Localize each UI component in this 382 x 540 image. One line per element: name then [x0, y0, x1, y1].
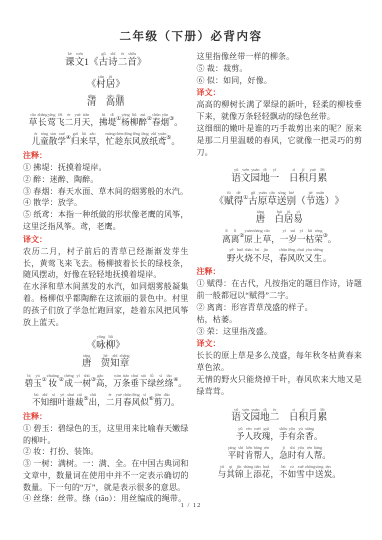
char: 月	[73, 117, 82, 128]
ruby-char: èr二	[65, 112, 74, 129]
char: 平	[228, 450, 237, 461]
ruby-char: cūn村	[96, 74, 106, 91]
ruby-char: cǎo草	[29, 112, 38, 129]
char: 二	[106, 397, 115, 408]
ruby-char: wén文	[241, 167, 251, 184]
char: 春	[123, 397, 132, 408]
char: 。	[322, 450, 331, 461]
ruby-char: 。	[171, 392, 180, 409]
ruby-char: yuè月	[114, 392, 123, 409]
ruby-char: ，	[104, 373, 113, 390]
char: 春	[279, 253, 288, 264]
ruby-char: bāng帮	[253, 445, 262, 462]
char: 不	[279, 469, 288, 480]
char: 》	[334, 196, 344, 207]
char: 语	[231, 173, 241, 184]
char: 二	[65, 117, 74, 128]
ruby-char: zhōng中	[305, 464, 315, 481]
char: 妆	[48, 378, 57, 389]
ruby-char: xià下	[139, 373, 148, 390]
ruby-char: yě野	[227, 247, 236, 264]
char: ）	[325, 196, 335, 207]
char: 瑰	[262, 431, 271, 442]
ruby-char: jū居	[106, 74, 116, 91]
char	[265, 215, 274, 226]
char: ，	[271, 450, 280, 461]
doc-text: 高高的柳树长满了翠绿的新叶，轻柔的柳枝垂下来，就像万条轻轻飘动的绿色丝带。	[197, 99, 363, 123]
ruby-char: cái裁	[75, 392, 84, 409]
char: 散	[49, 136, 58, 147]
ruby-char: shàng上	[253, 228, 263, 245]
char: ，	[90, 117, 99, 128]
char: 古	[248, 196, 258, 207]
char: 一	[280, 234, 289, 245]
char: 飞	[56, 117, 65, 128]
ruby-char: zhī知	[110, 353, 119, 370]
ruby-char: sì似	[140, 392, 149, 409]
char: 送	[315, 469, 324, 480]
char: 玫	[253, 431, 262, 442]
doc-text: ⑤ 纸鸢：本指一种纸做的形状像老鹰的风筝，这里泛指风筝。鸢，老鹰。	[23, 209, 189, 233]
ruby-char: ，	[271, 228, 280, 245]
char: 帮	[314, 450, 323, 461]
char: 清	[87, 98, 96, 109]
ruby-char: yí一	[280, 228, 289, 245]
ruby-char: yǒu有	[296, 445, 305, 462]
char: 文	[75, 57, 85, 68]
ruby-char: yì易	[293, 209, 302, 226]
char: 。	[314, 431, 323, 442]
poem-line: cǎo草zhǎng长yīng莺fēi飞èr二yuè月tiān天 ，fú拂dī堤①…	[23, 112, 189, 129]
ruby-char: zǎo早	[88, 131, 97, 148]
ruby-char: guī归	[71, 131, 80, 148]
char: 荣	[314, 234, 323, 245]
char: 鼎	[115, 98, 124, 109]
ruby-char: 《	[87, 74, 97, 91]
ruby-char: 。	[314, 426, 323, 443]
poem-title: 《yǒng咏liǔ柳 》	[23, 334, 189, 351]
ruby-char: méi玫	[253, 426, 262, 443]
ruby-char: 《	[214, 190, 224, 207]
unit-heading: yǔ语wén文yuán园dì地yī一 rì日jī积yuè月lěi累	[197, 167, 363, 184]
char: 文	[241, 412, 251, 423]
ruby-char: èr二	[270, 407, 280, 424]
ruby-char	[96, 93, 105, 110]
ruby-char: dì地	[260, 167, 270, 184]
ruby-char: lěi累	[318, 167, 328, 184]
char: 帮	[253, 450, 262, 461]
ruby-char: jí急	[279, 445, 288, 462]
ruby-char: yuān鸢	[158, 131, 167, 148]
char: 中	[306, 469, 315, 480]
ruby-char: shǒu手	[279, 426, 288, 443]
ruby-char: rén人	[245, 426, 254, 443]
char: 唐	[82, 359, 91, 370]
char: 出	[89, 397, 98, 408]
ruby-char: bù不	[32, 392, 41, 409]
ruby-char: shuí谁	[66, 392, 75, 409]
ruby-char: yuè月	[308, 407, 318, 424]
char: 条	[122, 378, 131, 389]
char: 园	[250, 173, 260, 184]
ruby-char: kěn肯	[245, 445, 254, 462]
char: 添	[253, 469, 262, 480]
char: ，	[270, 469, 279, 480]
ruby-char: xuǎn选	[315, 190, 325, 207]
ruby-char: shí时	[236, 445, 245, 462]
ruby-char: xì细	[49, 392, 58, 409]
ruby-char: lǜ绿	[148, 373, 157, 390]
char: 风	[132, 136, 141, 147]
char: 柳	[106, 340, 116, 351]
ruby-char: ）	[325, 190, 335, 207]
poem-author: qīng清 gāo高dǐng鼎	[23, 93, 189, 110]
ruby-char: jī积	[298, 167, 308, 184]
char: 雪	[296, 469, 305, 480]
ruby-char: yīng莺	[47, 112, 56, 129]
ruby-char: tóng童	[40, 131, 49, 148]
ruby-char: liǔ柳	[130, 112, 139, 129]
char: 与	[218, 469, 227, 480]
ruby-char: jìn尽	[261, 247, 270, 264]
char: 上	[244, 469, 253, 480]
ruby-char: gāo高	[106, 93, 115, 110]
char: 锦	[235, 469, 244, 480]
ruby-char: huā花	[262, 464, 271, 481]
char: ，	[271, 234, 280, 245]
proverb-line: yǔ予rén人méi玫guī瑰 ，shǒu手yǒu有yú余xiāng香 。	[197, 426, 363, 443]
char: 》	[115, 340, 125, 351]
ruby-char: chéng成	[64, 373, 74, 390]
doc-text: ② 醉：迷醉、陶醉。	[23, 174, 189, 186]
poem-author: táng唐 bái白jū居yì易	[197, 209, 363, 226]
ruby-char: guī瑰	[262, 426, 271, 443]
poem-line: bù不zhī知xì细yè叶shuí谁cái裁⑤chū出 ，èr二yuè月chūn…	[23, 392, 189, 409]
ruby-char: yuè月	[73, 112, 82, 129]
ruby-char: shí时	[288, 445, 297, 462]
char: 时	[288, 450, 297, 461]
char: 如	[288, 469, 297, 480]
char: 鸢	[158, 136, 167, 147]
char: 树	[82, 378, 91, 389]
char: 有	[296, 450, 305, 461]
char: 积	[298, 173, 308, 184]
ruby-char: suì岁	[288, 228, 297, 245]
char: ，	[270, 253, 279, 264]
char: 炭	[324, 469, 333, 480]
unit-heading: yǔ语wén文yuán园dì地èr二 rì日jī积yuè月lěi累	[197, 407, 363, 424]
char: 碧	[25, 378, 34, 389]
ruby-char: ér儿	[32, 131, 41, 148]
char: 归	[71, 136, 80, 147]
char: 刀	[162, 397, 171, 408]
ruby-char: zuì醉	[138, 112, 147, 129]
ruby-char: yáng杨	[121, 112, 130, 129]
ruby-char: kè课	[65, 51, 75, 68]
doc-text: 这里指像丝带一样的柳条。	[197, 51, 363, 63]
ruby-char: gāo高	[96, 373, 105, 390]
document-page: 二年级（下册）必背内容 kè课wén文 1 《gǔ古shī诗èr二shǒu首 》…	[0, 0, 382, 540]
ruby-char: yì一	[297, 228, 306, 245]
ruby-char: 。	[322, 445, 331, 462]
char: 月	[308, 412, 318, 423]
char: 《	[214, 196, 224, 207]
ruby-char: liǔ柳	[106, 334, 116, 351]
ruby-char: ，	[270, 464, 279, 481]
char: 一	[74, 378, 83, 389]
ruby-char: róng荣	[314, 228, 323, 245]
char: 童	[40, 136, 49, 147]
ruby-char: 》	[115, 74, 125, 91]
char: 。	[171, 136, 180, 147]
char: 学	[57, 136, 66, 147]
ruby-char: ，	[271, 445, 280, 462]
ruby-char	[279, 167, 289, 184]
char: 时	[236, 450, 245, 461]
char: 课	[65, 57, 75, 68]
ruby-char: chūn春	[123, 392, 132, 409]
ruby-char: jū居	[284, 209, 293, 226]
char: 趁	[115, 136, 124, 147]
char: 长	[38, 117, 47, 128]
char: 。	[171, 397, 180, 408]
char: 知	[41, 397, 50, 408]
ruby-char: dōng东	[123, 131, 132, 148]
doc-text: ① 赋得：在古代，凡按指定的题目作诗，诗题前一般都冠以“赋得”二字。	[197, 278, 363, 302]
ruby-char: bái白	[275, 209, 284, 226]
ruby-char: yǔ语	[231, 407, 241, 424]
doc-text: ① 拂堤：抚摸着堤岸。	[23, 162, 189, 174]
poem-line: lí离lí离②yuán原shàng上cǎo草 ，yí一suì岁yì一kū枯rón…	[197, 228, 363, 245]
ruby-char: gǔ古	[99, 51, 109, 68]
ruby-char	[91, 353, 100, 370]
ruby-char: bù不	[279, 464, 288, 481]
ruby-char: shàng上	[243, 464, 253, 481]
ruby-char: qīng清	[87, 93, 96, 110]
ruby-char: zhǎng长	[37, 112, 47, 129]
char: 草	[29, 117, 38, 128]
ruby-char: ，	[90, 112, 99, 129]
ruby-char: tiáo条	[122, 373, 131, 390]
section-label: 注释：	[23, 150, 189, 162]
char: 原	[244, 234, 253, 245]
char: 易	[293, 215, 302, 226]
ruby-char: 《	[89, 51, 99, 68]
char: 叶	[58, 397, 67, 408]
char: 地	[260, 173, 270, 184]
ruby-char: lí离	[222, 228, 231, 245]
doc-text: 枯，枯萎。	[197, 314, 363, 326]
char: 白	[275, 215, 284, 226]
char: 忙	[106, 136, 115, 147]
ruby-char: xué学	[57, 131, 66, 148]
doc-text: ③ 一树：满树。一：满、全。在中国古典词和文章中，数量词在使用中并不一定表示确切…	[23, 458, 189, 493]
char: ，	[104, 378, 113, 389]
char: 莺	[47, 117, 56, 128]
ruby-char: rén人	[262, 445, 271, 462]
char: 文	[241, 173, 251, 184]
char: 居	[106, 79, 116, 90]
ruby-char: dì地	[260, 407, 270, 424]
ruby-char: yuán原	[258, 190, 268, 207]
ruby-char: sī丝	[156, 373, 165, 390]
lesson-heading: kè课wén文 1 《gǔ古shī诗èr二shǒu首 》	[23, 51, 189, 68]
char: 累	[318, 173, 328, 184]
doc-text: ② 妆：打扮、装饰。	[23, 446, 189, 458]
doc-text: 长长的原上草是多么茂盛，每年秋冬枯黄春来草色浓。	[197, 350, 363, 374]
ruby-char: yuán园	[250, 407, 260, 424]
ruby-char: yuán原	[244, 228, 253, 245]
poem-title: 《fù赋dé得①gǔ古yuán原cǎo草sòng送bié别 （jié节xuǎn选…	[197, 190, 363, 207]
char: 一	[270, 173, 280, 184]
char: 杨	[121, 117, 130, 128]
char: 章	[120, 359, 129, 370]
char: 日	[289, 412, 299, 423]
char: 烟	[161, 117, 170, 128]
char: 居	[284, 215, 293, 226]
char: 离	[222, 234, 231, 245]
char: 天	[82, 117, 91, 128]
doc-text: 这细细的嫩叶是谁的巧手裁剪出来的呢？原来是那二月里温暖的春风，它就像一把灵巧的剪…	[197, 123, 363, 158]
ruby-char: tāo绦	[165, 373, 174, 390]
ruby-char: 。	[328, 228, 337, 245]
doc-text: ⑥ 似：如同，好像。	[197, 75, 363, 87]
ruby-char: jī积	[298, 407, 308, 424]
ruby-char: fēi飞	[56, 112, 65, 129]
char: 放	[141, 136, 150, 147]
char: 肯	[245, 450, 254, 461]
char: 地	[260, 412, 270, 423]
char: 古	[99, 57, 109, 68]
ruby-char: shēng生	[313, 247, 323, 264]
char: 诗	[108, 57, 118, 68]
ruby-char: máng忙	[105, 131, 114, 148]
char: 火	[236, 253, 245, 264]
ruby-char: sàn散	[49, 131, 58, 148]
char: 选	[315, 196, 325, 207]
ruby-char: èr二	[118, 51, 128, 68]
ruby-char: huǒ火	[236, 247, 245, 264]
char: 岁	[288, 234, 297, 245]
proverb-line: píng平shí时kěn肯bāng帮rén人 ，jí急shí时yǒu有rén人b…	[197, 445, 363, 462]
ruby-char: jiǎn剪	[154, 392, 163, 409]
char: 风	[132, 397, 141, 408]
ruby-char: ，	[97, 131, 106, 148]
ruby-char: bāng帮	[314, 445, 323, 462]
char: 花	[262, 469, 271, 480]
ruby-char: yù玉	[33, 373, 42, 390]
char: 似	[140, 397, 149, 408]
char: 草	[267, 196, 277, 207]
ruby-char: qí其	[226, 464, 235, 481]
char: 送	[277, 196, 287, 207]
ruby-char: píng平	[228, 445, 237, 462]
char: 《	[89, 57, 99, 68]
char: 来	[80, 136, 89, 147]
ruby-char: yǒu有	[288, 426, 297, 443]
char: 。	[174, 117, 183, 128]
char: 拂	[99, 117, 108, 128]
ruby-char: tiān天	[82, 112, 91, 129]
ruby-char: ，	[270, 247, 279, 264]
char: 野	[227, 253, 236, 264]
ruby-char: chuí垂	[130, 373, 139, 390]
char: 不	[32, 397, 41, 408]
ruby-char: chūn春	[279, 247, 288, 264]
ruby-char: ，	[97, 392, 106, 409]
ruby-char: fēng风	[287, 247, 296, 264]
ruby-char: shī诗	[108, 51, 118, 68]
char: 余	[296, 431, 305, 442]
ruby-char: rén人	[305, 445, 314, 462]
doc-text: ② 离离：形容青草茂盛的样子。	[197, 302, 363, 314]
poem-title: 《cūn村jū居 》	[23, 74, 189, 91]
char: 剪	[154, 397, 163, 408]
char: 丝	[156, 378, 165, 389]
char: 上	[253, 234, 262, 245]
ruby-char: tàn炭	[324, 464, 333, 481]
char: 烧	[244, 253, 253, 264]
char: 纸	[149, 136, 158, 147]
char	[279, 412, 289, 423]
char: 春	[152, 117, 161, 128]
char: 绿	[148, 378, 157, 389]
char: 赋	[224, 196, 234, 207]
ruby-char: 《	[87, 334, 97, 351]
char: 高	[106, 98, 115, 109]
ruby-char: lái来	[80, 131, 89, 148]
ruby-char: fēng风	[132, 131, 141, 148]
left-column: kè课wén文 1 《gǔ古shī诗èr二shǒu首 》 《cūn村jū居 》q…	[23, 51, 189, 505]
ruby-char: táng唐	[82, 353, 91, 370]
ruby-char: yòu又	[305, 247, 314, 264]
ruby-char: jié节	[306, 190, 316, 207]
char: 谁	[66, 397, 75, 408]
char: 二	[118, 57, 128, 68]
ruby-char: zhī知	[41, 392, 50, 409]
ruby-char: dāo刀	[162, 392, 171, 409]
ruby-char: rú如	[288, 464, 297, 481]
char: 高	[96, 378, 105, 389]
ruby-char: chū出	[89, 392, 98, 409]
char	[91, 359, 100, 370]
ruby-char: bié别	[287, 190, 297, 207]
doc-text: 无情的野火只能烧掉干叶，春风吹来大地又是绿茸茸。	[197, 374, 363, 398]
char: 咏	[96, 340, 106, 351]
poem-line: bì碧yù玉①zhuāng妆②chéng成yí一shù树③gāo高 ，wàn万t…	[23, 373, 189, 390]
ruby-char: yǒng咏	[96, 334, 106, 351]
ruby-char: wén文	[241, 407, 251, 424]
doc-text: ③ 春烟：春天水面、草木间的烟雾般的水汽。	[23, 186, 189, 198]
ruby-char: dī堤	[108, 112, 117, 129]
char: 。	[328, 234, 337, 245]
ruby-char: （	[296, 190, 306, 207]
char: 》	[137, 57, 147, 68]
char: ，	[97, 136, 106, 147]
char: 月	[308, 173, 318, 184]
char: 。	[178, 378, 187, 389]
ruby-char: yǔ与	[218, 464, 227, 481]
ruby-char: 。	[171, 131, 180, 148]
ruby-char: hè贺	[101, 353, 110, 370]
poem-line: ér儿tóng童sàn散xué学④guī归lái来zǎo早 ，máng忙chèn…	[23, 131, 189, 148]
char: 。	[323, 253, 332, 264]
char: 香	[305, 431, 314, 442]
ruby-char: bì碧	[25, 373, 34, 390]
ruby-char: zhāng章	[120, 353, 130, 370]
char: 积	[298, 412, 308, 423]
char: 贺	[101, 359, 110, 370]
